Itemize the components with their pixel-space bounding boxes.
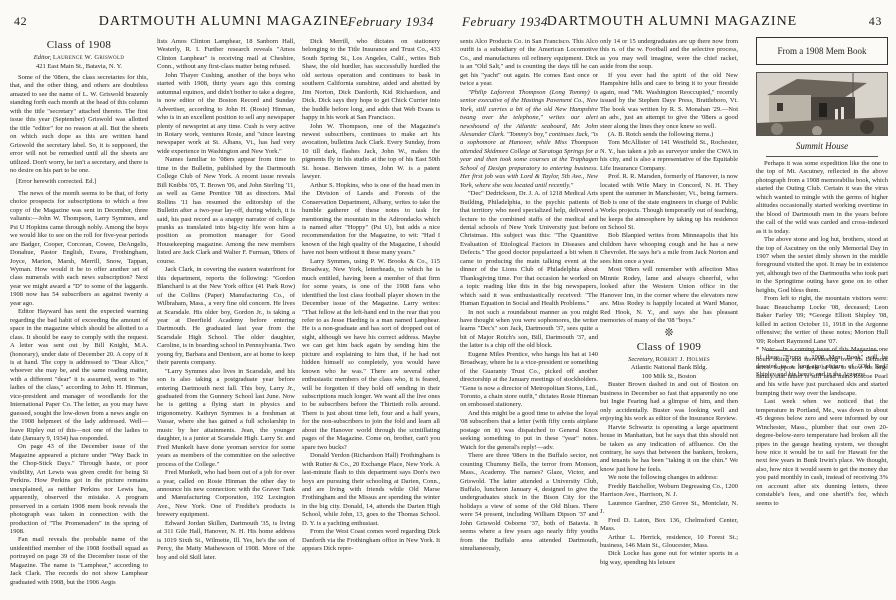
column-1: Class of 1908 Editor, Laurence W. Griswo…: [10, 38, 148, 587]
paragraph: Eugene Miles Prentice, who hangs his hat…: [460, 351, 598, 410]
column-3: Dick Merrill, who dictates on stationery…: [302, 38, 440, 554]
paragraph: If you ever had the spirit of the old Ne…: [600, 72, 738, 131]
paragraph: And this might be a good time to advise …: [460, 410, 598, 452]
section-title: Class of 1908: [10, 38, 148, 52]
section-editor: Editor, Laurence W. Griswold: [10, 54, 148, 63]
sidebar-box-title: From a 1908 Mem Book: [756, 37, 888, 65]
sidebar-text: Perhaps it was some expedition like the …: [756, 160, 888, 380]
paragraph: Bob Blanpied writes from Minneapolis tha…: [600, 232, 738, 266]
paragraph: Fred Munkelt, who had been out of a job …: [157, 469, 295, 520]
paragraph: On page 43 of the December issue of the …: [10, 443, 148, 536]
paragraph: The news of the month seems to be that, …: [10, 190, 148, 308]
paragraph: Fan mail reveals the probable name of th…: [10, 536, 148, 587]
magazine-title: DARTMOUTH ALUMNI MAGAZINE: [462, 14, 882, 30]
photo-caption: Summit House: [756, 141, 888, 151]
paragraph: (A. B. Rotch sends the following items.): [600, 131, 738, 139]
divider: [766, 156, 878, 157]
paragraph: John Thayer Cushing, another of the boys…: [157, 72, 295, 157]
paragraph: lists Amos Clinton Lamphear, 18 Sanborn …: [157, 38, 295, 72]
paragraph: Editor Hayward has sent the expected war…: [10, 308, 148, 443]
address-change: Fred D. Laton, Box 136, Chelmsford Cente…: [600, 517, 738, 534]
paragraph: hours skiing and snowshoeing over his Be…: [756, 356, 888, 398]
paragraph: Prof. R. R. Marsden, formerly of Hanover…: [600, 173, 738, 232]
paragraph: Harvie Schwartz is operating a large apa…: [600, 424, 738, 475]
paragraph: There are three '08ers in the Buffalo se…: [460, 452, 598, 553]
paragraph: Jack Clark, in covering the eastern wate…: [157, 266, 295, 367]
paragraph: From the West Coast comes word regarding…: [302, 528, 440, 553]
address-change: Freddy Batchellor, Woburn Degreasing Co.…: [600, 483, 738, 500]
paragraph: Most '08ers will remember with affection…: [600, 266, 738, 325]
section-secretary: Secretary, Robert J. Holmes: [600, 356, 738, 365]
column-2: lists Amos Clinton Lamphear, 18 Sanborn …: [157, 38, 295, 562]
paragraph: Tom McAllister of 141 Westfield St., Roc…: [600, 139, 738, 173]
section-ornament-icon: ❊: [600, 329, 738, 337]
summit-house-photo: [756, 72, 888, 136]
paragraph: Buster Brown dashed in and out of Boston…: [600, 381, 738, 423]
address-change: Laurence Gardner, 250 Grove St., Montcla…: [600, 500, 738, 517]
paragraph: We note the following changes in address…: [600, 474, 738, 482]
paragraph: Perhaps it was some expedition like the …: [756, 160, 888, 236]
secretary-name: Robert J. Holmes: [656, 356, 710, 363]
paragraph: Edward Jordan Skillen, Dartmouth '35, is…: [157, 520, 295, 562]
paragraph: The above stone and log hut, brothers, s…: [756, 236, 888, 295]
editor-name: Laurence W. Griswold: [53, 54, 124, 61]
section-title: Class of 1909: [600, 340, 738, 354]
paragraph: Larry Symmes, using P. W. Brooks & Co., …: [302, 258, 440, 452]
editor-label: Editor,: [34, 54, 52, 61]
paragraph: Arthur S. Hopkins, who is one of the hea…: [302, 182, 440, 258]
address-change: Arthur L. Herrick, residence, 10 Forest …: [600, 534, 738, 551]
photo-image-icon: [757, 73, 888, 136]
paragraph: "Philip Laforrest Thompson (Long Tommy) …: [460, 89, 598, 190]
column-3: hours skiing and snowshoeing over his Be…: [756, 356, 888, 508]
paragraph: In not such a roundabout manner as you m…: [460, 309, 598, 351]
left-page: 42 DARTMOUTH ALUMNI MAGAZINE February 19…: [0, 0, 448, 600]
paragraph: Dick Merrill, who dictates on stationery…: [302, 38, 440, 123]
paragraph: Names familiar to '08ers appear from tim…: [157, 156, 295, 266]
section-address-2: 100 Milk St., Boston: [600, 373, 738, 382]
paragraph: Last week when we noticed that the tempe…: [756, 398, 888, 508]
paragraph: Some of the '08ers, the class secretarie…: [10, 74, 148, 175]
running-head-right: February 1934 DARTMOUTH ALUMNI MAGAZINE …: [462, 14, 882, 30]
paragraph: "Larry Symmes also lives in Scarsdale, a…: [157, 368, 295, 469]
page-number: 43: [869, 14, 882, 29]
editor-note: [Error herewith corrected. Ed.]: [10, 178, 148, 186]
divider: [766, 350, 878, 351]
paragraph: Dick Locke has gone out for winter sport…: [600, 550, 738, 567]
paragraph: sents Alco Products Co. in San Francisco…: [460, 38, 598, 89]
issue-date: February 1934: [348, 14, 434, 30]
paragraph: John W. Thompson, one of the Magazine's …: [302, 123, 440, 182]
paragraph: Donald Yerdon (Richardson Hall) Frothing…: [302, 452, 440, 528]
paragraph: "Dec" Dedrickson, Dr. J. A. of 1218 Medi…: [460, 190, 598, 308]
paragraph: only 14 or 15 undergraduates are up ther…: [600, 38, 738, 72]
right-page: February 1934 DARTMOUTH ALUMNI MAGAZINE …: [448, 0, 896, 600]
section-address: 421 East Main St., Batavia, N. Y.: [10, 63, 148, 72]
running-head-left: 42 DARTMOUTH ALUMNI MAGAZINE February 19…: [14, 14, 434, 30]
column-2: only 14 or 15 undergraduates are up ther…: [600, 38, 738, 567]
column-1: sents Alco Products Co. in San Francisco…: [460, 38, 598, 554]
secretary-label: Secretary,: [628, 356, 654, 363]
section-address-1: Atlantic National Bank Bldg.: [600, 364, 738, 373]
paragraph: From left to right, the mountain visitor…: [756, 295, 888, 346]
